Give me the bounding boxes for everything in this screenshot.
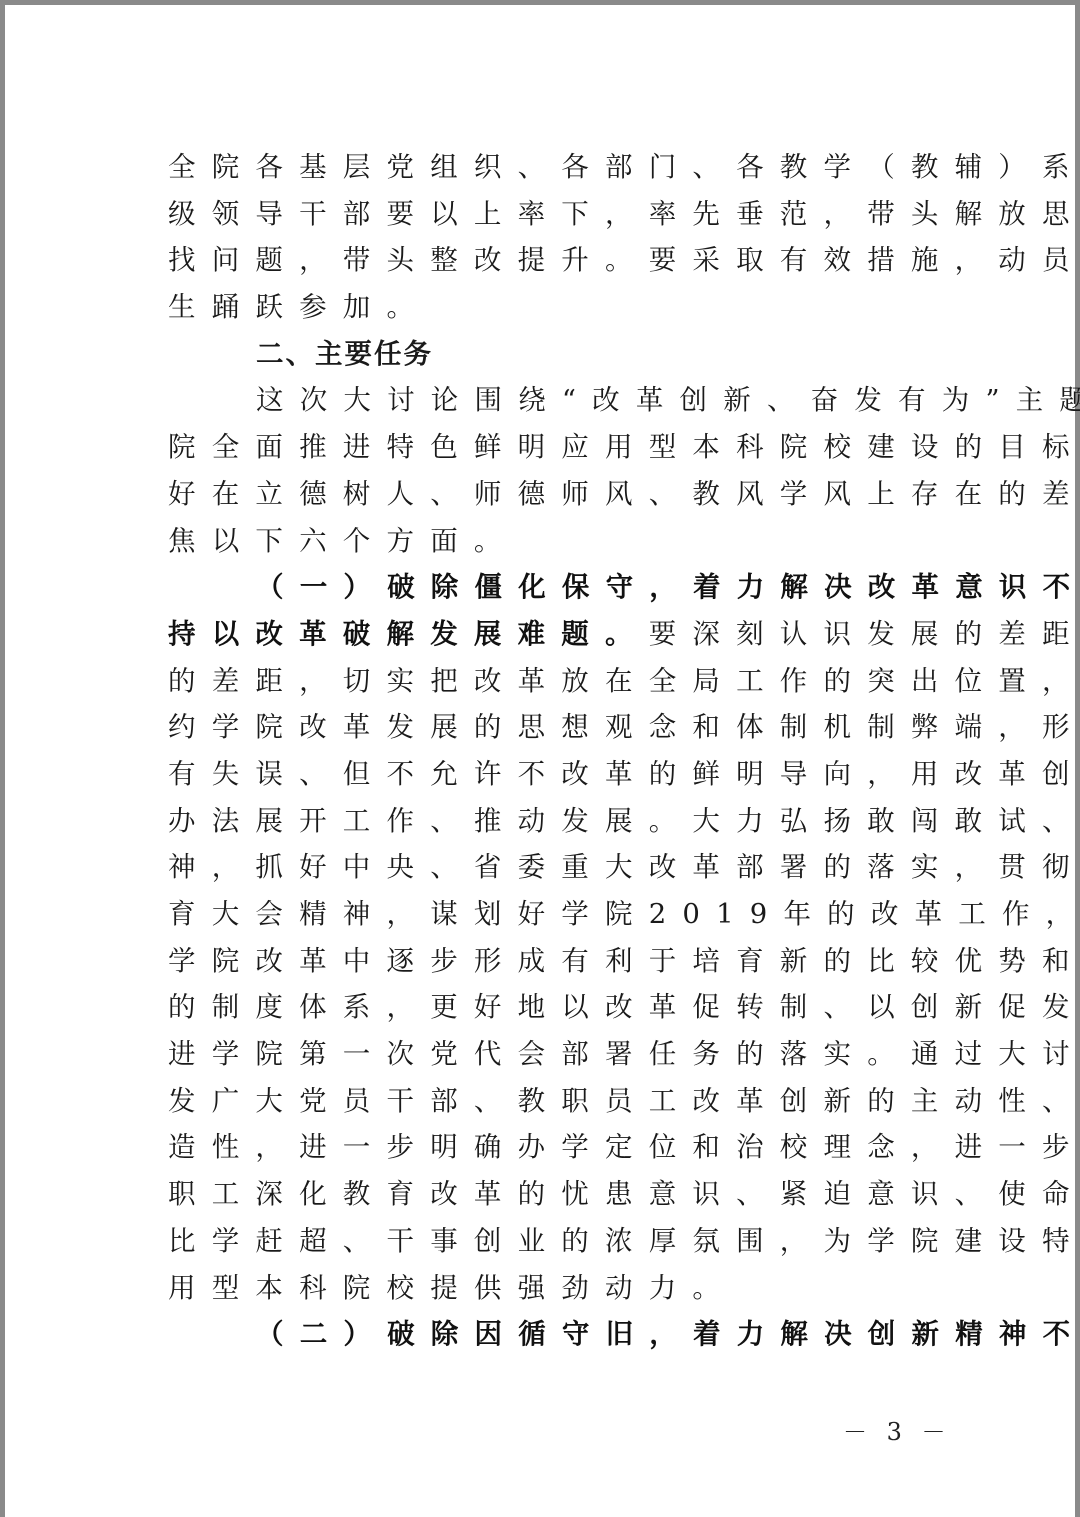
text-line: 的差距，切实把改革放在全局工作的突出位置，坚决破除制 [168,658,928,705]
text-line: 办法展开工作、推动发展。大力弘扬敢闯敢试、勇于探索精 [168,798,928,845]
text-line: 找问题，带头整改提升。要采取有效措施，动员引导全院师 [168,237,928,284]
text-span: 要深刻认识发展的差距实质是改革 [649,618,1080,650]
text-line: 育大会精神，谋划好学院2019年的改革工作，在全面深化 [168,891,928,938]
text-line: 这次大讨论围绕“改革创新、奋发有为”主题，对照学 [168,377,928,424]
text-line: 造性，进一步明确办学定位和治校理念，进一步增强全体教 [168,1124,928,1171]
item-heading-2: （二）破除因循守旧，着力解决创新精神不足问题，坚 [168,1311,928,1358]
section-heading: 二、主要任务 [168,331,928,378]
text-line: 持以改革破解发展难题。要深刻认识发展的差距实质是改革 [168,611,928,658]
text-line: 级领导干部要以上率下，率先垂范，带头解放思想，带头查 [168,191,928,238]
text-line: 院全面推进特色鲜明应用型本科院校建设的目标，扎实解决 [168,424,928,471]
text-line: 生踊跃参加。 [168,284,928,331]
text-line: 约学院改革发展的思想观念和体制机制弊端，形成允许改革 [168,704,928,751]
item-heading-1-cont: 持以改革破解发展难题。 [168,618,649,650]
text-line: 有失误、但不允许不改革的鲜明导向，用改革创新的思维和 [168,751,928,798]
text-line: 发广大党员干部、教职员工改革创新的主动性、积极性和创 [168,1078,928,1125]
text-line: 比学赶超、干事创业的浓厚氛围，为学院建设特色鲜明的应 [168,1218,928,1265]
document-page: 全院各基层党组织、各部门、各教学（教辅）系（部）和各 级领导干部要以上率下，率先… [5,5,1075,1517]
text-line: 用型本科院校提供强劲动力。 [168,1265,928,1312]
text-line: 的制度体系，更好地以改革促转制、以创新促发展，全面推 [168,984,928,1031]
text-line: 神，抓好中央、省委重大改革部署的落实，贯彻全国全省教 [168,844,928,891]
page-number: － 3 － [843,1412,952,1447]
text-line: 焦以下六个方面。 [168,518,928,565]
text-line: 好在立德树人、师德师风、教风学风上存在的差距，重点聚 [168,471,928,518]
text-line: 职工深化教育改革的忧患意识、紧迫意识、使命意识，营造 [168,1171,928,1218]
text-line: 学院改革中逐步形成有利于培育新的比较优势和竞争优势 [168,938,928,985]
item-heading-1: （一）破除僵化保守，着力解决改革意识不强问题，坚 [168,564,928,611]
text-line: 进学院第一次党代会部署任务的落实。通过大讨论，充分激 [168,1031,928,1078]
document-body: 全院各基层党组织、各部门、各教学（教辅）系（部）和各 级领导干部要以上率下，率先… [168,144,928,1358]
text-line: 全院各基层党组织、各部门、各教学（教辅）系（部）和各 [168,144,928,191]
